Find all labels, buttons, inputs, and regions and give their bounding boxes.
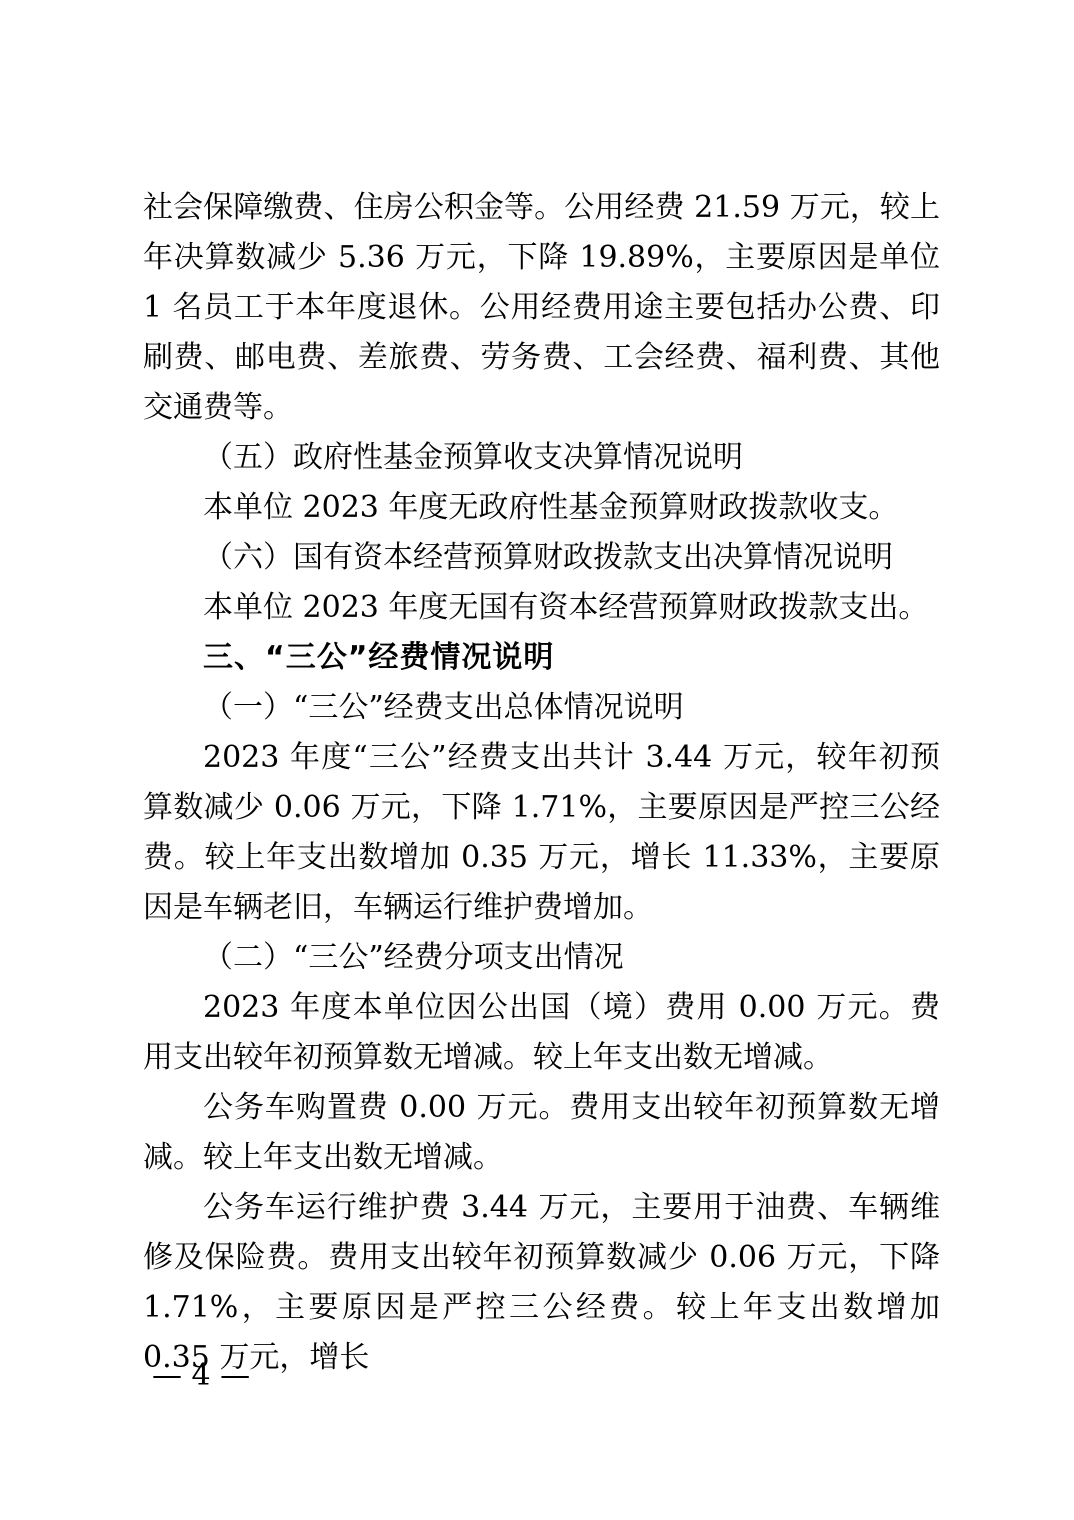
paragraph-overall-expense: 2023 年度“三公”经费支出共计 3.44 万元，较年初预算数减少 0.06 … xyxy=(143,733,940,933)
chapter-heading-three-public: 三、“三公”经费情况说明 xyxy=(143,633,940,683)
section-heading-itemized: （二）“三公”经费分项支出情况 xyxy=(143,933,940,983)
document-page: 社会保障缴费、住房公积金等。公用经费 21.59 万元，较上年决算数减少 5.3… xyxy=(0,0,1074,1520)
paragraph-vehicle-maintenance: 公务车运行维护费 3.44 万元，主要用于油费、车辆维修及保险费。费用支出较年初… xyxy=(143,1183,940,1383)
paragraph-public-funds: 社会保障缴费、住房公积金等。公用经费 21.59 万元，较上年决算数减少 5.3… xyxy=(143,183,940,433)
page-number: — 4 — xyxy=(152,1358,250,1394)
paragraph-vehicle-purchase: 公务车购置费 0.00 万元。费用支出较年初预算数无增减。较上年支出数无增减。 xyxy=(143,1083,940,1183)
section-heading-overall: （一）“三公”经费支出总体情况说明 xyxy=(143,683,940,733)
paragraph-state-capital-budget: 本单位 2023 年度无国有资本经营预算财政拨款支出。 xyxy=(143,583,940,633)
document-body: 社会保障缴费、住房公积金等。公用经费 21.59 万元，较上年决算数减少 5.3… xyxy=(143,183,940,1383)
paragraph-gov-fund-budget: 本单位 2023 年度无政府性基金预算财政拨款收支。 xyxy=(143,483,940,533)
section-heading-5: （五）政府性基金预算收支决算情况说明 xyxy=(143,433,940,483)
section-heading-6: （六）国有资本经营预算财政拨款支出决算情况说明 xyxy=(143,533,940,583)
paragraph-overseas-travel: 2023 年度本单位因公出国（境）费用 0.00 万元。费用支出较年初预算数无增… xyxy=(143,983,940,1083)
